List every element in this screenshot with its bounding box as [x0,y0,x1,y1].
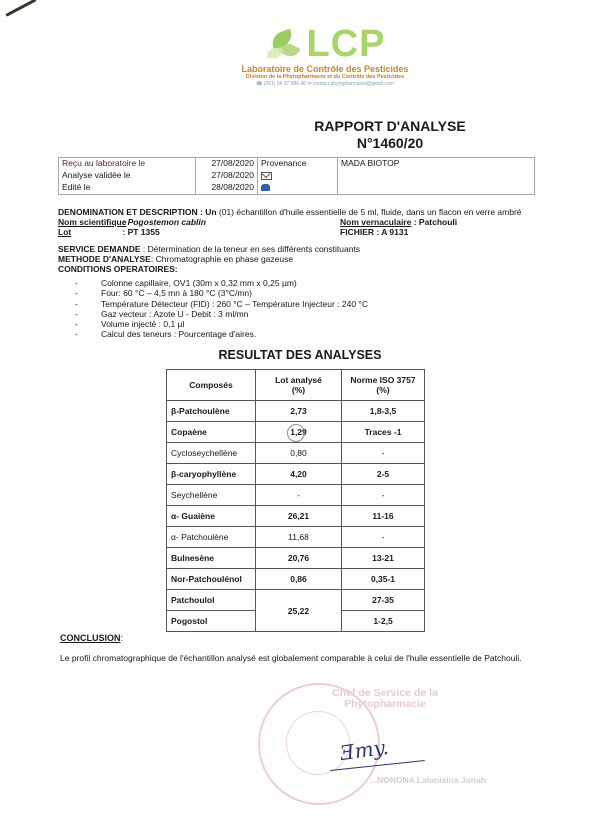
table-row: Cycloseychellène0,80- [167,443,425,464]
handwritten-signature: Ǝmy. [339,735,390,766]
method-label: METHODE D'ANALYSE [58,254,151,264]
lot-row: Lot : PT 1355 [58,227,160,237]
pen-mark [5,0,36,17]
vernacular-row: Nom vernaculaire : Patchouli [340,217,457,227]
info-table: Reçu au laboratoire le 27/08/2020 Proven… [58,157,535,195]
lot-label: Lot [58,227,120,237]
condition-item: -Volume injecté : 0,1 µl [75,319,368,329]
validated-date: 27/08/2020 [196,170,258,182]
edited-label: Edité le [59,182,196,195]
table-row: α- Guaiène26,2111-16 [167,506,425,527]
received-date: 27/08/2020 [196,158,258,171]
condition-item: -Gaz vecteur : Azote U - Debit : 3 ml/mn [75,309,368,319]
lab-division: Division de la Phytopharmacie et du Cont… [230,74,420,80]
conclusion-text: Le profil chromatographique de l'échanti… [60,653,522,663]
table-row: β-caryophyllène4,202-5 [167,464,425,485]
scientific-name-label: Nom scientifique [58,217,120,227]
table-row: Patchoulol25,2227-35 [167,590,425,611]
condition-item: -Colonne capillaire, OV1 (30m x 0,32 mm … [75,278,368,288]
service-label: SERVICE DEMANDE [58,244,141,254]
table-row: α- Patchoulène11,68- [167,527,425,548]
received-label: Reçu au laboratoire le [59,158,196,171]
header-norm: Norme ISO 3757(%) [342,370,425,401]
telephone-icon [261,184,270,191]
conditions-label: CONDITIONS OPERATOIRES: [58,264,178,274]
method-row: METHODE D'ANALYSE: Chromatographie en ph… [58,254,293,264]
vernacular-label: Nom vernaculaire [340,217,411,227]
vernacular-value: : Patchouli [411,217,457,227]
provenance-value: MADA BIOTOP [338,158,535,195]
file-number: FICHIER : A 9131 [340,227,408,237]
validated-label: Analyse validée le [59,170,196,182]
edited-date: 28/08/2020 [196,182,258,195]
description-un: Un [205,207,216,217]
conditions-list: -Colonne capillaire, OV1 (30m x 0,32 mm … [75,278,368,340]
lab-contact: ☎ (261) 34 07 986 46 ✉ contact.phytophar… [230,81,420,87]
leaf-logo-icon [265,26,305,62]
description-text: (01) échantillon d'huile essentielle de … [217,207,522,217]
results-title: RESULTAT DES ANALYSES [150,348,450,362]
conclusion-label: CONCLUSION [60,633,121,643]
service-value: : Détermination de la teneur en ses diff… [141,244,361,254]
table-row: Copaène1,29Traces -1 [167,422,425,443]
condition-item: -Four: 60 °C – 4,5 mn à 180 °C (3°C/mn) [75,288,368,298]
provenance-label: Provenance [258,158,338,171]
condition-item: -Calcul des teneurs : Pourcentage d'aire… [75,329,368,339]
results-table: Composés Lot analysé(%) Norme ISO 3757(%… [166,369,425,632]
lab-name: Laboratoire de Contrôle des Pesticides [230,64,420,74]
description-label: DENOMINATION ET DESCRIPTION : [58,207,205,217]
table-row: Nor-Patchoulénol0,860,35-1 [167,569,425,590]
signer-title: Chef de Service de la Phytopharmacie [320,688,450,710]
lab-logo: LCP Laboratoire de Contrôle des Pesticid… [230,26,420,87]
report-title: RAPPORT D'ANALYSE N°1460/20 [300,118,480,152]
signer-name: ...NONONA Lalaniaina Jonah [370,775,486,785]
table-row: Bulnesène20,7613-21 [167,548,425,569]
method-value: : Chromatographie en phase gazeuse [151,254,293,264]
table-row: Seychellène-- [167,485,425,506]
condition-item: -Température Détecteur (FID) : 260 °C – … [75,299,368,309]
scientific-name-value: : Pogostemon cablin [122,217,206,227]
circled-value: 1,29 [290,427,307,437]
header-lot: Lot analysé(%) [256,370,342,401]
table-row: β-Patchoulène2,731,8-3,5 [167,401,425,422]
scientific-name-row: Nom scientifique : Pogostemon cablin [58,217,206,227]
service-row: SERVICE DEMANDE : Détermination de la te… [58,244,360,254]
conclusion-heading: CONCLUSION: [60,633,123,643]
description-line: DENOMINATION ET DESCRIPTION : Un (01) éc… [58,207,522,217]
envelope-icon [261,172,272,180]
lot-value: : PT 1355 [122,227,159,237]
header-compounds: Composés [167,370,256,401]
report-title-line1: RAPPORT D'ANALYSE [300,118,480,135]
results-header-row: Composés Lot analysé(%) Norme ISO 3757(%… [167,370,425,401]
logo-text: LCP [307,26,386,62]
report-number: N°1460/20 [300,135,480,152]
